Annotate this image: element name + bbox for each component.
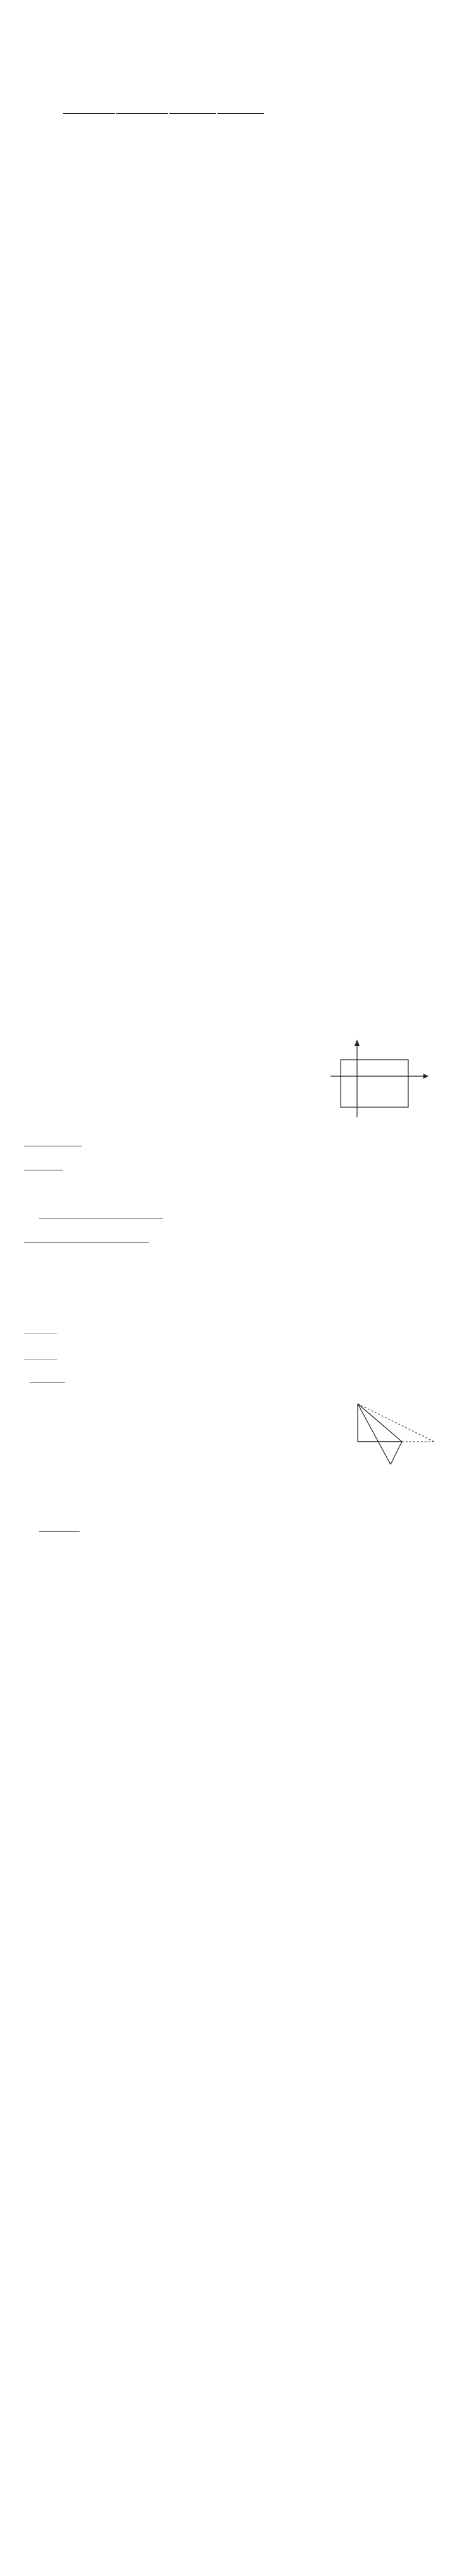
score-blank[interactable]: [217, 104, 264, 114]
fold-answer-blank[interactable]: [39, 1523, 80, 1532]
question-16: [24, 1373, 65, 1385]
name-blank[interactable]: [169, 104, 216, 114]
fold-triangle-figure: [349, 1396, 450, 1466]
score-field[interactable]: [217, 104, 265, 114]
question-11: [24, 1137, 82, 1149]
class-blank[interactable]: [116, 104, 168, 114]
question-13-line2: [39, 1209, 163, 1221]
school-blank[interactable]: [63, 104, 115, 114]
q15-true-false-blank[interactable]: [24, 1324, 57, 1334]
school-field[interactable]: [63, 104, 116, 114]
class-field[interactable]: [116, 104, 169, 114]
question-fold-line4: [39, 1523, 80, 1535]
question-14: [24, 1233, 149, 1245]
question-12: [24, 1161, 63, 1173]
exam-page: [0, 0, 455, 2576]
q11-answer-blank[interactable]: [24, 1137, 82, 1146]
q12-answer-blank[interactable]: [24, 1161, 63, 1170]
name-field[interactable]: [169, 104, 217, 114]
q15-converse-blank[interactable]: [24, 1351, 57, 1360]
q10-coordinate-figure: [327, 1038, 428, 1120]
question-15-line2: [24, 1351, 57, 1363]
student-info-fields: [63, 104, 265, 114]
question-15: [24, 1324, 57, 1336]
q16-answer-blank[interactable]: [30, 1373, 65, 1383]
q13-answer-blank[interactable]: [39, 1209, 163, 1218]
q14-answer-blank[interactable]: [24, 1233, 149, 1242]
